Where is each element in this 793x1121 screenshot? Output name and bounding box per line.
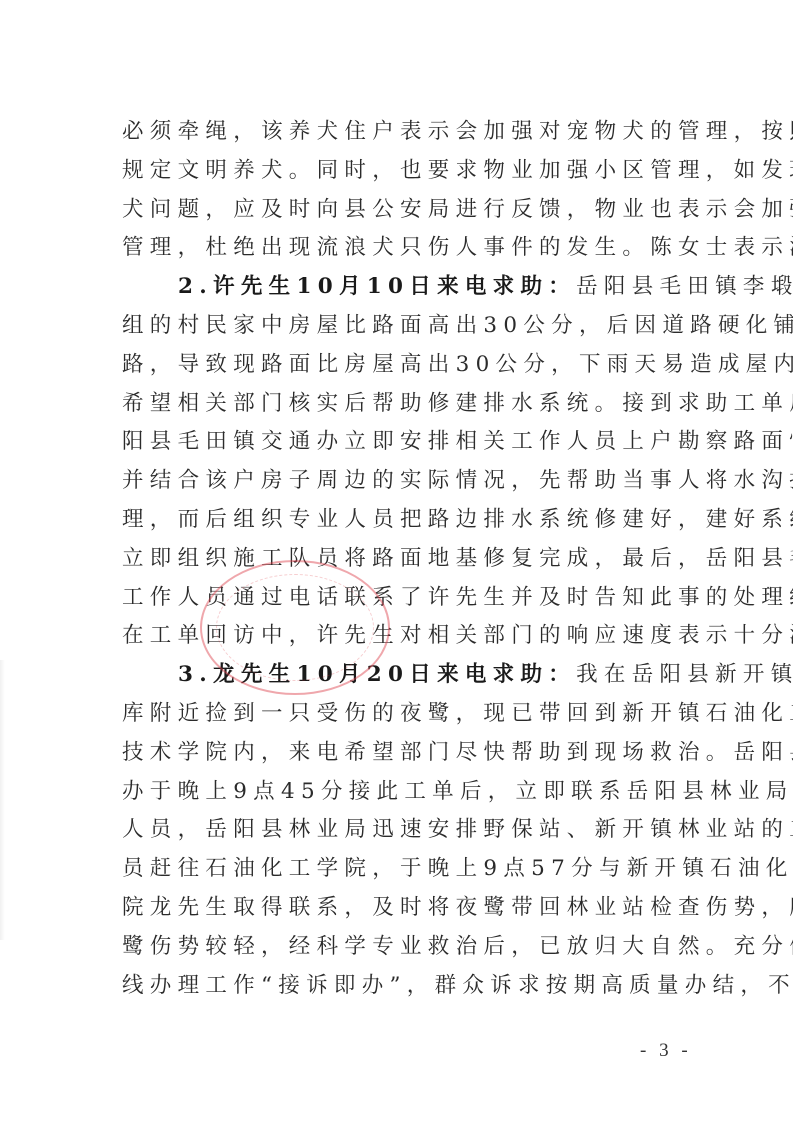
text-line: 规定文明养犬。同时，也要求物业加强小区管理，如发现流浪 <box>122 152 684 191</box>
text-line: 组的村民家中房屋比路面高出30公分，后因道路硬化铺设油 <box>122 307 684 346</box>
section-3-first-line: 3.龙先生10月20日来电求助：我在岳阳县新开镇黄洋水 <box>122 656 684 695</box>
text-line: 人员，岳阳县林业局迅速安排野保站、新开镇林业站的工作人 <box>122 811 684 850</box>
text-line: 员赶往石油化工学院，于晚上9点57分与新开镇石油化工学 <box>122 850 684 889</box>
document-body: 必须牵绳，该养犬住户表示会加强对宠物犬的管理，按照相关 规定文明养犬。同时，也要… <box>122 113 684 1005</box>
section-2-first-line: 2.许先生10月10日来电求助：岳阳县毛田镇李塅村朝西 <box>122 268 684 307</box>
text-line: 技术学院内，来电希望部门尽快帮助到现场救治。岳阳县热线 <box>122 734 684 773</box>
text-line: 立即组织施工队员将路面地基修复完成，最后，岳阳县毛田镇 <box>122 540 684 579</box>
scan-edge-shadow <box>0 660 5 940</box>
section-3-heading: 3.龙先生10月20日来电求助： <box>178 662 576 687</box>
text-line: 在工单回访中，许先生对相关部门的响应速度表示十分满意。 <box>122 617 684 656</box>
text-line: 院龙先生取得联系，及时将夜鹭带回林业站检查伤势，所幸夜 <box>122 889 684 928</box>
text-line: 鹭伤势较轻，经科学专业救治后，已放归大自然。充分体现热 <box>122 928 684 967</box>
document-page: 必须牵绳，该养犬住户表示会加强对宠物犬的管理，按照相关 规定文明养犬。同时，也要… <box>0 0 793 1121</box>
text-fragment: 我在岳阳县新开镇黄洋水 <box>576 662 793 687</box>
text-line: 线办理工作“接诉即办”，群众诉求按期高质量办结，不断提 <box>122 967 684 1006</box>
text-line: 办于晚上9点45分接此工单后，立即联系岳阳县林业局工作 <box>122 773 684 812</box>
text-line: 库附近捡到一只受伤的夜鹭，现已带回到新开镇石油化工职业 <box>122 695 684 734</box>
text-line: 路，导致现路面比房屋高出30公分，下雨天易造成屋内积水， <box>122 346 684 385</box>
text-line: 并结合该户房子周边的实际情况，先帮助当事人将水沟拓宽清 <box>122 462 684 501</box>
page-number: - 3 - <box>640 1040 692 1062</box>
text-line: 理，而后组织专业人员把路边排水系统修建好，建好系统后并 <box>122 501 684 540</box>
text-line: 阳县毛田镇交通办立即安排相关工作人员上户勘察路面情况， <box>122 423 684 462</box>
text-line: 工作人员通过电话联系了许先生并及时告知此事的处理结果。 <box>122 579 684 618</box>
text-line: 犬问题，应及时向县公安局进行反馈，物业也表示会加强小区 <box>122 191 684 230</box>
text-fragment: 岳阳县毛田镇李塅村朝西 <box>576 274 793 299</box>
section-2-heading: 2.许先生10月10日来电求助： <box>178 274 576 299</box>
text-line: 希望相关部门核实后帮助修建排水系统。接到求助工单后，岳 <box>122 385 684 424</box>
text-line: 必须牵绳，该养犬住户表示会加强对宠物犬的管理，按照相关 <box>122 113 684 152</box>
text-line: 管理，杜绝出现流浪犬只伤人事件的发生。陈女士表示满意。 <box>122 229 684 268</box>
